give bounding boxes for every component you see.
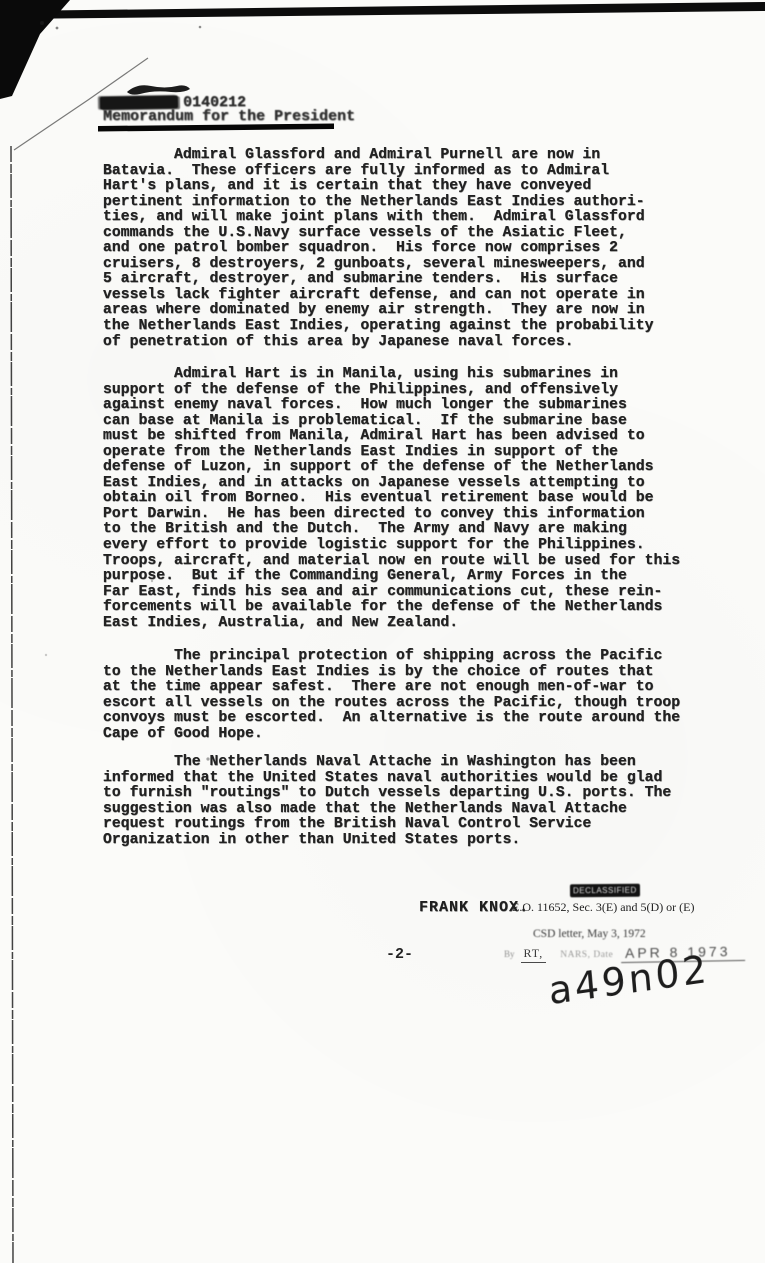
declassified-stamp: DECLASSIFIED	[570, 884, 640, 898]
document-title: Memorandum for the President	[103, 108, 355, 125]
paragraph-glassford-purnell: Admiral Glassford and Admiral Purnell ar…	[103, 148, 703, 350]
by-initials: RT,	[521, 946, 547, 963]
declassification-authority: E.O. 11652, Sec. 3(E) and 5(D) or (E)	[512, 900, 695, 915]
by-label: By	[504, 949, 515, 959]
declassification-letter-ref: CSD letter, May 3, 1972	[533, 928, 646, 940]
scan-artifact-left-edge-line	[11, 146, 13, 1263]
scan-speck	[40, 21, 44, 25]
scan-artifact-top-bar	[6, 2, 765, 19]
page-number: -2-	[386, 946, 413, 963]
scanned-memo-page: 0140212 Memorandum for the President Adm…	[0, 0, 765, 1263]
scan-artifact-corner-fold	[0, 0, 70, 99]
scan-speck	[199, 26, 202, 29]
nars-date-label: NARS, Date	[560, 950, 613, 960]
scan-speck	[56, 27, 59, 30]
scan-speck	[45, 654, 47, 656]
paragraph-naval-attache: The Netherlands Naval Attache in Washing…	[103, 755, 703, 848]
paragraph-admiral-hart: Admiral Hart is in Manila, using his sub…	[103, 367, 703, 631]
paragraph-shipping-protection: The principal protection of shipping acr…	[103, 649, 703, 742]
